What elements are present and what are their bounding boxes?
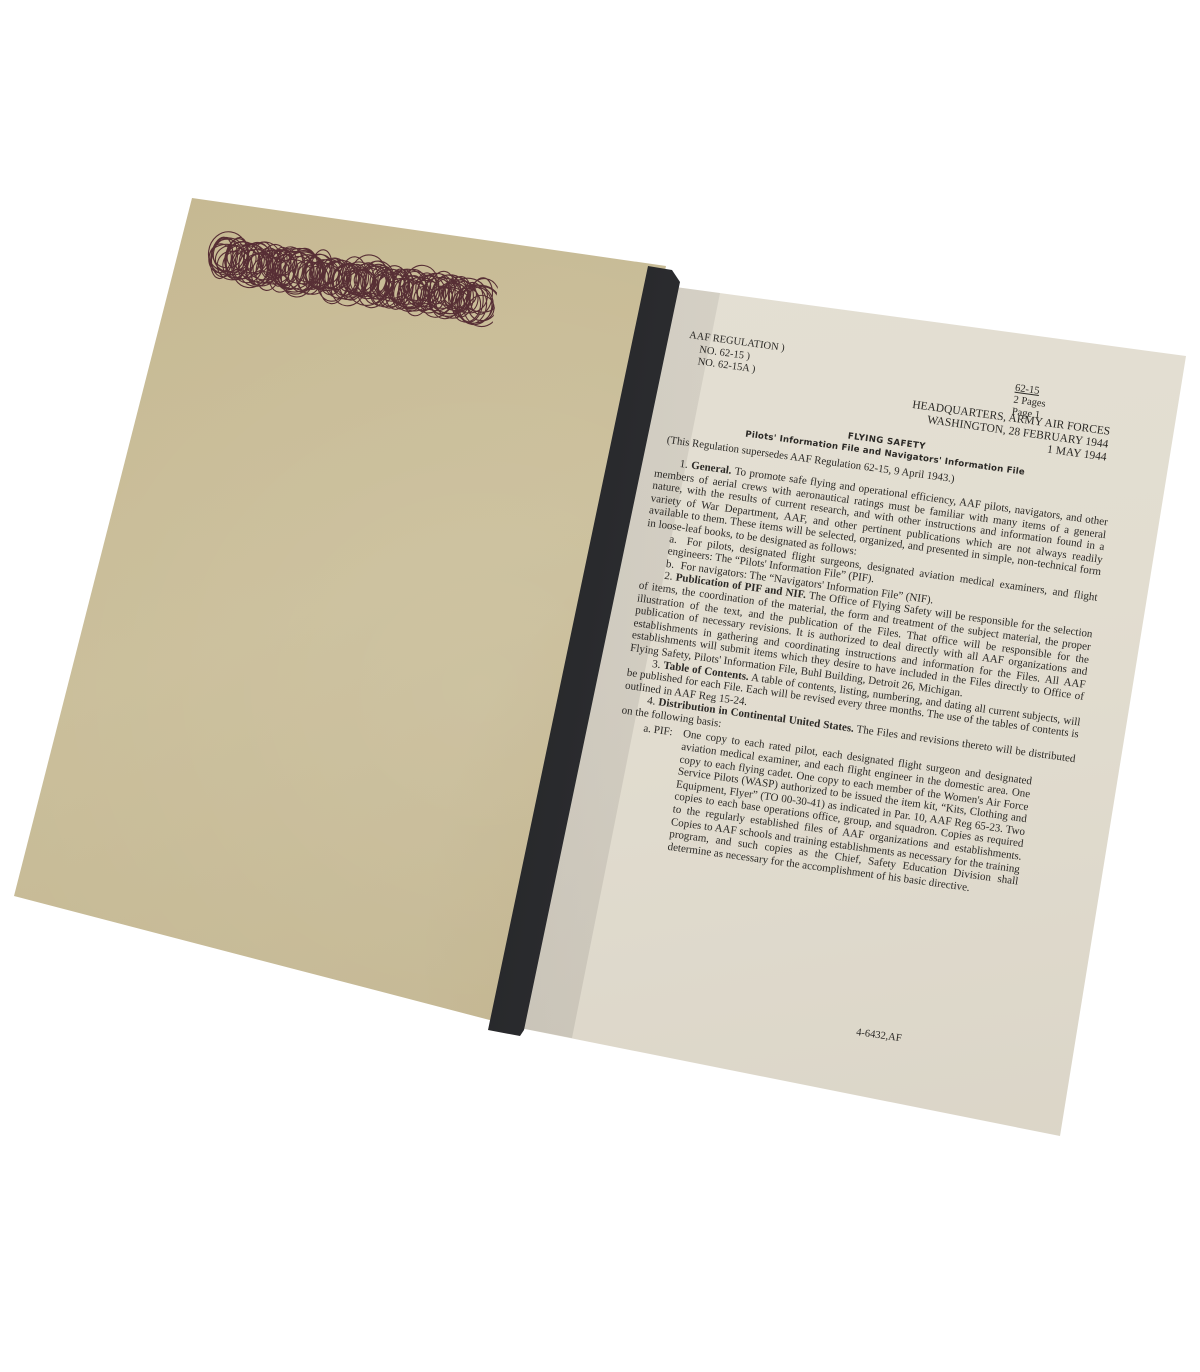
photo-background: AAF REGULATION ) NO. 62-15 ) NO. 62-15A …: [0, 0, 1200, 1372]
document-body: 1. General. To promote safe flying and o…: [603, 455, 1108, 907]
